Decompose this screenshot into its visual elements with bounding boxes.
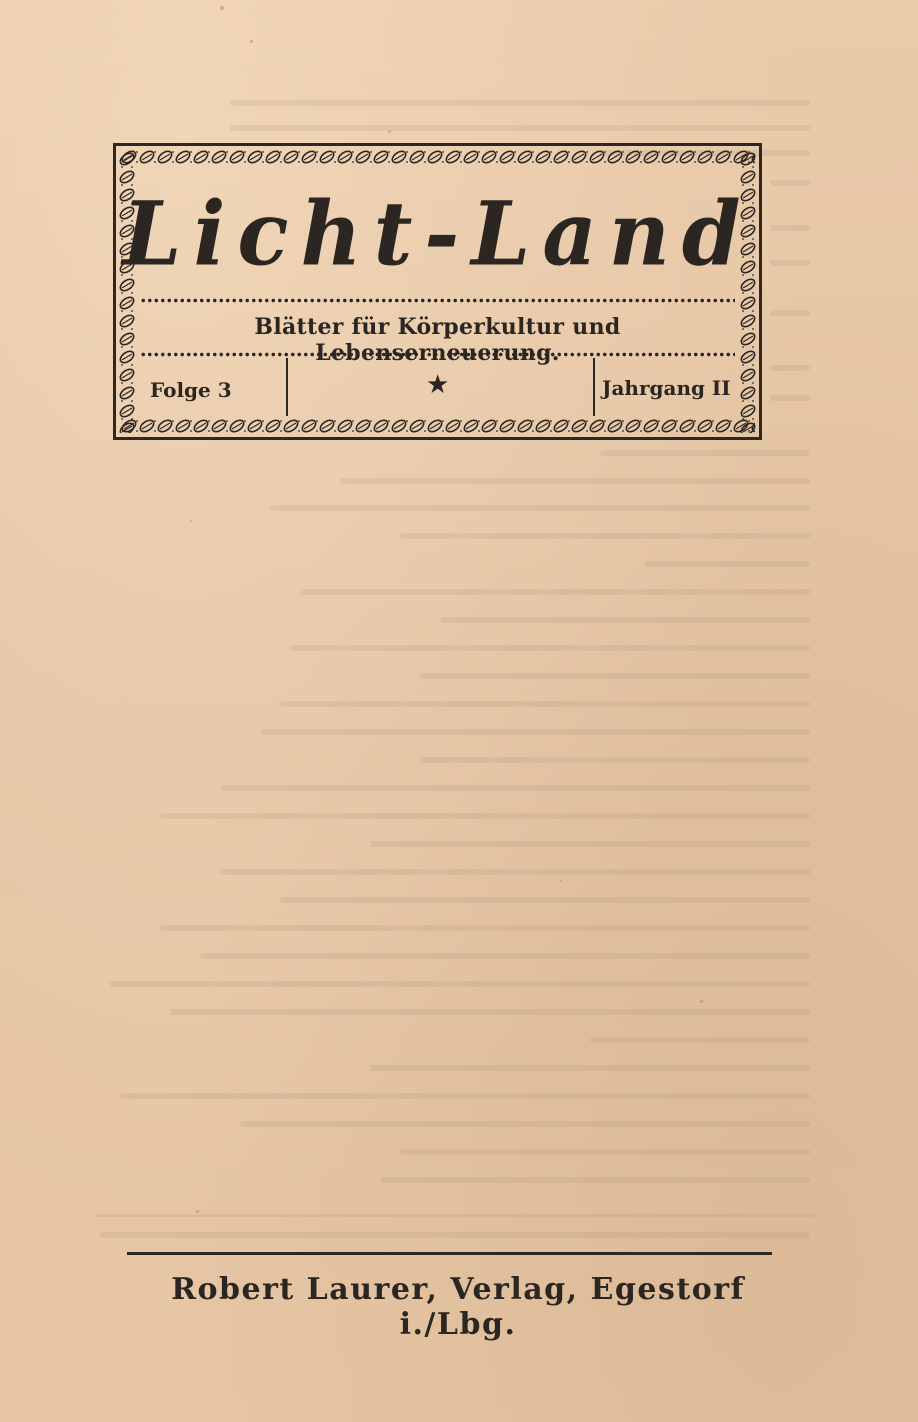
star-icon: ★ <box>426 370 449 400</box>
ornament-border-bottom <box>120 418 755 434</box>
magazine-title: Licht-Land <box>116 182 759 286</box>
publisher-imprint: Robert Laurer, Verlag, Egestorf i./Lbg. <box>118 1272 798 1342</box>
column-divider <box>286 358 288 416</box>
dotted-rule-top <box>140 298 735 303</box>
footer-rule <box>127 1252 772 1255</box>
issue-number: Folge 3 <box>150 378 232 402</box>
column-divider <box>593 358 595 416</box>
masthead-box: Licht-Land Blätter für Körperkultur und … <box>113 143 762 440</box>
volume-number: Jahrgang II <box>602 376 731 400</box>
ornament-border-top <box>120 149 755 165</box>
issue-info-row: Folge 3 ★ Jahrgang II <box>140 358 735 416</box>
dotted-rule-bottom <box>140 352 735 357</box>
